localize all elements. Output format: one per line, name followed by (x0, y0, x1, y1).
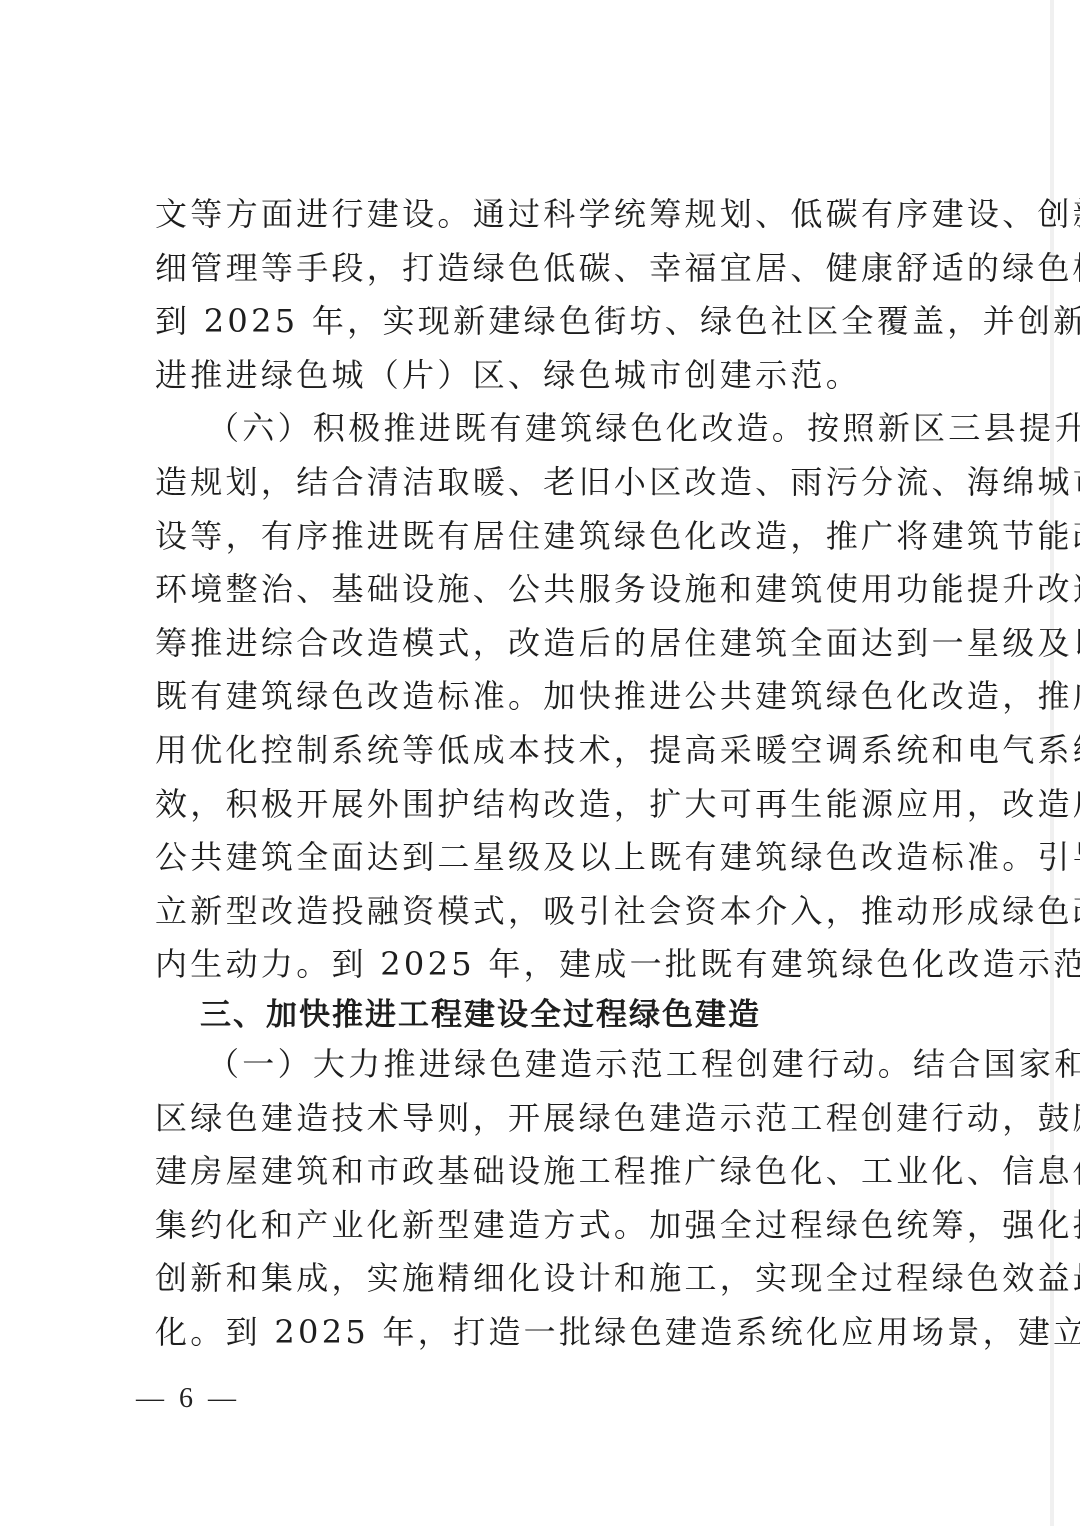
chapter-heading: 三、加快推进工程建设全过程绿色建造 (155, 992, 955, 1038)
text-line: 区绿色建造技术导则，开展绿色建造示范工程创建行动，鼓励新 (155, 1092, 955, 1146)
text-line: 进推进绿色城（片）区、绿色城市创建示范。 (155, 349, 955, 403)
text-line: 用优化控制系统等低成本技术，提高采暖空调系统和电气系统能 (155, 724, 955, 778)
text-line: 集约化和产业化新型建造方式。加强全过程绿色统筹，强化技术 (155, 1199, 955, 1253)
text-line: 内生动力。到 2025 年，建成一批既有建筑绿色化改造示范项目。 (155, 938, 955, 992)
subheading-chapter-3-section-1: （一）大力推进绿色建造示范工程创建行动。 (207, 1045, 913, 1083)
text-run: 结合国家和新 (913, 1045, 1080, 1083)
text-line: 环境整治、基础设施、公共服务设施和建筑使用功能提升改造统 (155, 563, 955, 617)
text-line: 文等方面进行建设。通过科学统筹规划、低碳有序建设、创新精 (155, 188, 955, 242)
text-line: 筹推进综合改造模式，改造后的居住建筑全面达到一星级及以上 (155, 617, 955, 671)
text-line: 造规划，结合清洁取暖、老旧小区改造、雨污分流、海绵城市建 (155, 456, 955, 510)
text-line: 设等，有序推进既有居住建筑绿色化改造，推广将建筑节能改造、 (155, 510, 955, 564)
text-line: 效，积极开展外围护结构改造，扩大可再生能源应用，改造后的 (155, 778, 955, 832)
text-line: 既有建筑绿色改造标准。加快推进公共建筑绿色化改造，推广应 (155, 670, 955, 724)
subheading-section-6: （六）积极推进既有建筑绿色化改造。 (207, 409, 807, 447)
paragraph-start-chapter-3-section-1: （一）大力推进绿色建造示范工程创建行动。结合国家和新 (155, 1038, 955, 1092)
text-line: 立新型改造投融资模式，吸引社会资本介入，推动形成绿色改造 (155, 885, 955, 939)
text-line: 公共建筑全面达到二星级及以上既有建筑绿色改造标准。引导建 (155, 831, 955, 885)
text-line: 化。到 2025 年，打造一批绿色建造系统化应用场景，建立形成 (155, 1306, 955, 1360)
text-run: 按照新区三县提升改 (807, 409, 1080, 447)
page-number: — 6 — (136, 1383, 240, 1415)
text-line: 到 2025 年，实现新建绿色街坊、绿色社区全覆盖，并创新性递 (155, 295, 955, 349)
paragraph-start-section-6: （六）积极推进既有建筑绿色化改造。按照新区三县提升改 (155, 402, 955, 456)
text-line: 创新和集成，实施精细化设计和施工，实现全过程绿色效益最大 (155, 1252, 955, 1306)
document-body: 文等方面进行建设。通过科学统筹规划、低碳有序建设、创新精 细管理等手段，打造绿色… (155, 188, 955, 1359)
text-line: 建房屋建筑和市政基础设施工程推广绿色化、工业化、信息化、 (155, 1145, 955, 1199)
text-line: 细管理等手段，打造绿色低碳、幸福宜居、健康舒适的绿色样板。 (155, 242, 955, 296)
